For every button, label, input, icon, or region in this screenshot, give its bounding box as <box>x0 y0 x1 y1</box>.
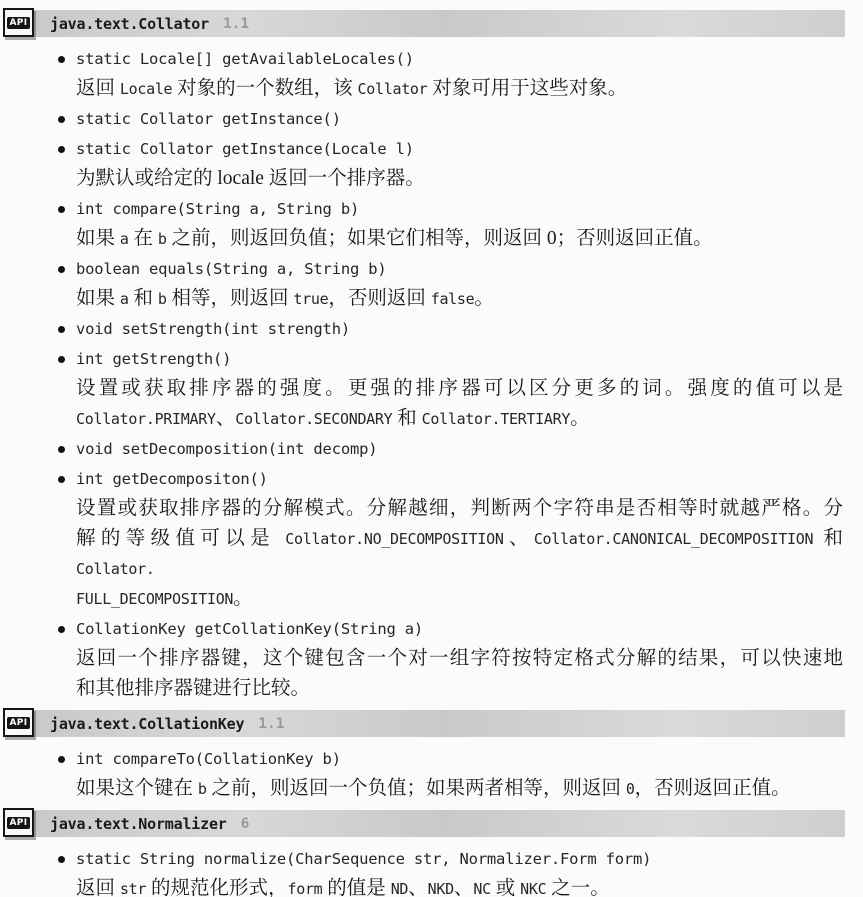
inline-code: Collator.NO_DECOMPOSITION <box>285 530 503 548</box>
bullet-icon <box>58 56 65 63</box>
method-signature: void setStrength(int strength) <box>76 320 350 338</box>
inline-code: false <box>431 290 475 308</box>
bullet-icon <box>58 206 65 213</box>
inline-code: a <box>120 290 129 308</box>
method-signature: static Collator getInstance(Locale l) <box>76 140 414 158</box>
description-text: 在 <box>129 228 158 249</box>
bullet-icon <box>58 476 65 483</box>
api-member-list: static String normalize(CharSequence str… <box>0 844 863 897</box>
description-line: 返回 str 的规范化形式，form 的值是 ND、NKD、NC 或 NKC 之… <box>76 874 843 897</box>
description-line: Collator.PRIMARY、Collator.SECONDARY 和 Co… <box>76 404 843 434</box>
method-signature-line: CollationKey getCollationKey(String a) <box>0 614 863 644</box>
description-line: FULL_DECOMPOSITION。 <box>76 584 843 614</box>
method-signature: int compare(String a, String b) <box>76 200 359 218</box>
inline-code: 0 <box>626 780 635 798</box>
method-signature: CollationKey getCollationKey(String a) <box>76 620 423 638</box>
method-signature-line: int compare(String a, String b) <box>0 194 863 224</box>
api-badge-label: API <box>7 717 29 729</box>
description-text: 。 <box>570 408 590 429</box>
description-text: 返回 <box>76 78 120 99</box>
method-signature-line: boolean equals(String a, String b) <box>0 254 863 284</box>
api-version-number: 1.1 <box>223 16 249 32</box>
description-line: 和其他排序器键进行比较。 <box>76 674 843 704</box>
description-text: 和 <box>392 408 421 429</box>
description-text: 相等，则返回 <box>167 288 294 309</box>
description-text: 之一。 <box>546 878 609 897</box>
api-class-name: java.text.Collator <box>50 15 209 33</box>
method-signature-line: static String normalize(CharSequence str… <box>0 844 863 874</box>
inline-code: ND <box>391 880 408 897</box>
description-text: 和 <box>813 528 843 549</box>
method-signature-line: void setStrength(int strength) <box>0 314 863 344</box>
description-text: 、 <box>216 408 236 429</box>
bullet-icon <box>58 326 65 333</box>
api-badge-label: API <box>7 17 29 29</box>
description-text: 。 <box>474 288 494 309</box>
description-text: 对象可用于这些对象。 <box>427 78 627 99</box>
api-section: APIjava.text.CollationKey1.1int compareT… <box>0 710 863 804</box>
description-line: 返回 Locale 对象的一个数组，该 Collator 对象可用于这些对象。 <box>76 74 843 104</box>
description-text: 。 <box>233 588 253 609</box>
inline-code: str <box>120 880 146 897</box>
api-member-list: int compareTo(CollationKey b)如果这个键在 b 之前… <box>0 744 863 804</box>
method-signature-line: static Collator getInstance() <box>0 104 863 134</box>
method-signature-line: static Locale[] getAvailableLocales() <box>0 44 863 74</box>
inline-code: Collator.TERTIARY <box>422 410 570 428</box>
inline-code: Locale <box>120 80 172 98</box>
api-header-bar: APIjava.text.CollationKey1.1 <box>8 710 845 737</box>
book-page: APIjava.text.Collator1.1static Locale[] … <box>0 0 863 897</box>
inline-code: b <box>158 230 167 248</box>
inline-code: Collator.SECONDARY <box>235 410 392 428</box>
method-signature: void setDecomposition(int decomp) <box>76 440 377 458</box>
description-text: ，否则返回 <box>328 288 430 309</box>
method-signature-line: void setDecomposition(int decomp) <box>0 434 863 464</box>
description-text: 为默认或给定的 locale 返回一个排序器。 <box>76 168 425 189</box>
description-text: 解的等级值可以是 <box>76 528 285 549</box>
description-text: 设置或获取排序器的分解模式。分解越细，判断两个字符串是否相等时就越严格。分 <box>76 498 843 519</box>
method-signature-line: int getStrength() <box>0 344 863 374</box>
method-signature: int compareTo(CollationKey b) <box>76 750 341 768</box>
method-signature-line: static Collator getInstance(Locale l) <box>0 134 863 164</box>
api-member-list: static Locale[] getAvailableLocales()返回 … <box>0 44 863 704</box>
inline-code: form <box>287 880 322 897</box>
inline-code: Collator.CANONICAL_DECOMPOSITION <box>534 530 813 548</box>
description-line: 如果 a 和 b 相等，则返回 true，否则返回 false。 <box>76 284 843 314</box>
method-signature: int getStrength() <box>76 350 231 368</box>
description-text: 或 <box>491 878 520 897</box>
inline-code: NKC <box>520 880 546 897</box>
bullet-icon <box>58 146 65 153</box>
api-section: APIjava.text.Normalizer6static String no… <box>0 810 863 897</box>
api-header-bar: APIjava.text.Normalizer6 <box>8 810 845 837</box>
description-text: 的规范化形式， <box>146 878 287 897</box>
inline-code: Collator <box>358 80 428 98</box>
description-line: 设置或获取排序器的分解模式。分解越细，判断两个字符串是否相等时就越严格。分 <box>76 494 843 524</box>
inline-code: true <box>293 290 328 308</box>
description-line: 为默认或给定的 locale 返回一个排序器。 <box>76 164 843 194</box>
bullet-icon <box>58 626 65 633</box>
description-line: 返回一个排序器键，这个键包含一个对一组字符按特定格式分解的结果，可以快速地 <box>76 644 843 674</box>
bullet-icon <box>58 756 65 763</box>
method-signature: static Collator getInstance() <box>76 110 341 128</box>
description-text: 返回 <box>76 878 120 897</box>
description-text: 、 <box>408 878 428 897</box>
method-signature: int getDecompositon() <box>76 470 268 488</box>
method-signature: static String normalize(CharSequence str… <box>76 850 651 868</box>
api-badge-icon: API <box>3 8 34 37</box>
api-version-number: 1.1 <box>258 716 284 732</box>
description-text: 之前，则返回负值；如果它们相等，则返回 0；否则返回正值。 <box>167 228 713 249</box>
description-line: 如果 a 在 b 之前，则返回负值；如果它们相等，则返回 0；否则返回正值。 <box>76 224 843 254</box>
api-version-number: 6 <box>241 816 250 832</box>
inline-code: NKD <box>428 880 454 897</box>
api-header-bar: APIjava.text.Collator1.1 <box>8 10 845 37</box>
inline-code: b <box>198 780 207 798</box>
api-section: APIjava.text.Collator1.1static Locale[] … <box>0 10 863 704</box>
description-text: 返回一个排序器键，这个键包含一个对一组字符按特定格式分解的结果，可以快速地 <box>76 648 843 669</box>
description-text: 和其他排序器键进行比较。 <box>76 678 310 699</box>
api-badge-label: API <box>7 817 29 829</box>
bullet-icon <box>58 266 65 273</box>
description-text: 、 <box>504 528 534 549</box>
description-line: 解的等级值可以是 Collator.NO_DECOMPOSITION、Colla… <box>76 524 843 584</box>
method-signature-line: int compareTo(CollationKey b) <box>0 744 863 774</box>
description-text: ，否则返回正值。 <box>635 778 791 799</box>
description-text: 如果 <box>76 228 120 249</box>
description-line: 如果这个键在 b 之前，则返回一个负值；如果两者相等，则返回 0，否则返回正值。 <box>76 774 843 804</box>
inline-code: b <box>158 290 167 308</box>
method-signature: static Locale[] getAvailableLocales() <box>76 50 414 68</box>
description-text: 、 <box>454 878 474 897</box>
description-line: 设置或获取排序器的强度。更强的排序器可以区分更多的词。强度的值可以是 <box>76 374 843 404</box>
inline-code: FULL_DECOMPOSITION <box>76 590 233 608</box>
bullet-icon <box>58 116 65 123</box>
description-text: 对象的一个数组，该 <box>172 78 357 99</box>
description-text: 和 <box>129 288 158 309</box>
description-text: 设置或获取排序器的强度。更强的排序器可以区分更多的词。强度的值可以是 <box>76 378 843 399</box>
inline-code: Collator. <box>76 560 155 578</box>
api-class-name: java.text.Normalizer <box>50 815 227 833</box>
bullet-icon <box>58 446 65 453</box>
bullet-icon <box>58 356 65 363</box>
inline-code: a <box>120 230 129 248</box>
description-text: 的值是 <box>322 878 390 897</box>
inline-code: NC <box>473 880 490 897</box>
method-signature: boolean equals(String a, String b) <box>76 260 386 278</box>
description-text: 如果 <box>76 288 120 309</box>
api-badge-icon: API <box>3 808 34 837</box>
api-class-name: java.text.CollationKey <box>50 715 244 733</box>
inline-code: Collator.PRIMARY <box>76 410 216 428</box>
method-signature-line: int getDecompositon() <box>0 464 863 494</box>
description-text: 如果这个键在 <box>76 778 198 799</box>
description-text: 之前，则返回一个负值；如果两者相等，则返回 <box>207 778 626 799</box>
api-badge-icon: API <box>3 708 34 737</box>
bullet-icon <box>58 856 65 863</box>
